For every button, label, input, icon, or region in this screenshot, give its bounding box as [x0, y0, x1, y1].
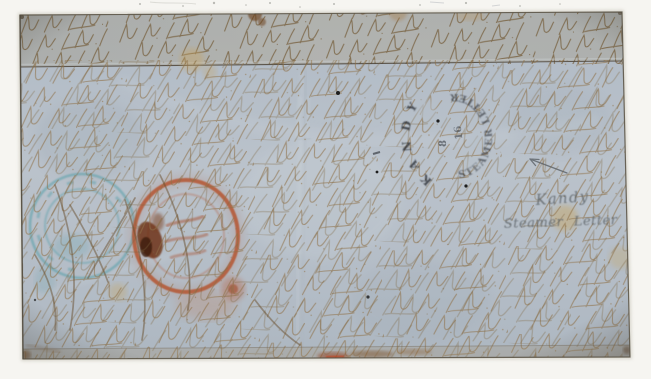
scanned-cover-photo: KANDY STEAMER LETTER 8 16 — [0, 0, 651, 379]
cover-paper: KANDY STEAMER LETTER 8 16 — [18, 2, 634, 362]
edge-vignette — [20, 12, 630, 359]
cover-image: KANDY STEAMER LETTER 8 16 — [0, 0, 651, 379]
